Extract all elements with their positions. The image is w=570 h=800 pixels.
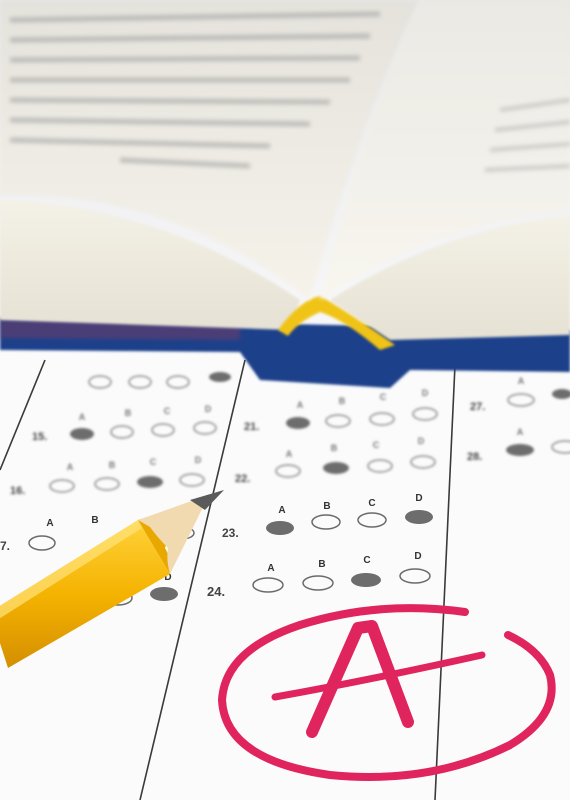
svg-text:B: B [339,396,346,406]
svg-text:A: A [286,449,293,459]
svg-text:28.: 28. [467,451,482,463]
svg-text:C: C [150,457,157,467]
svg-text:D: D [205,404,212,414]
svg-text:A: A [46,518,53,529]
svg-text:B: B [109,460,116,470]
svg-text:A: A [517,427,524,437]
svg-text:A: A [297,400,304,410]
svg-text:C: C [164,406,171,416]
svg-text:16.: 16. [10,485,25,497]
svg-text:B: B [318,559,325,570]
svg-text:D: D [422,388,429,398]
svg-text:24.: 24. [207,584,225,599]
svg-text:A: A [278,505,285,516]
svg-text:A: A [267,563,274,574]
svg-text:C: C [368,498,375,509]
svg-text:A: A [67,462,74,472]
photo-illustration: ABCD ABCD AB D ABCD ABCD ABCD ABCD AA 16… [0,0,570,800]
svg-text:D: D [414,551,421,562]
svg-text:B: B [323,501,330,512]
photo-scene: ABCD ABCD AB D ABCD ABCD ABCD ABCD AA 16… [0,0,570,800]
svg-text:21.: 21. [244,421,259,433]
svg-text:A: A [79,412,86,422]
svg-text:B: B [91,515,98,526]
svg-text:27.: 27. [470,401,485,413]
svg-text:D: D [418,436,425,446]
svg-text:D: D [415,493,422,504]
svg-text:B: B [125,408,132,418]
svg-text:C: C [363,555,370,566]
svg-text:C: C [373,440,380,450]
svg-text:23.: 23. [222,526,239,540]
open-book [0,0,570,388]
svg-text:7.: 7. [0,539,10,553]
svg-text:22.: 22. [235,473,250,485]
svg-text:15.: 15. [32,431,47,443]
svg-text:D: D [195,455,202,465]
svg-text:C: C [380,392,387,402]
svg-text:B: B [331,443,338,453]
svg-text:A: A [518,376,525,386]
